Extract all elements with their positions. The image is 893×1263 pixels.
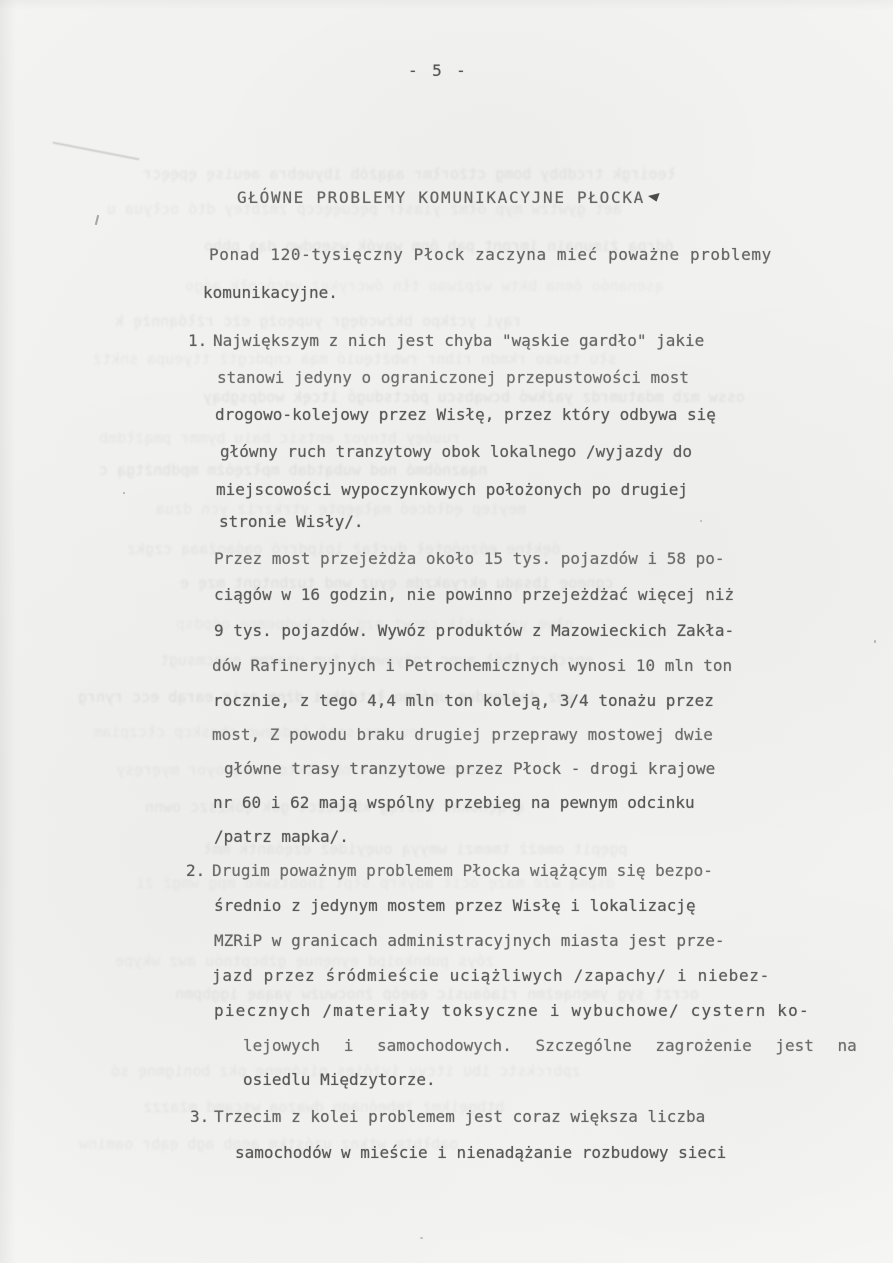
list-item-marker: 3. [190,1108,209,1126]
text-line: jazd przez śródmieście uciążliwych /zapa… [212,967,770,985]
text-line: osiedlu Międzytorze. [243,1071,436,1089]
intro-text-line: Ponad 120-tysięczny Płock zaczyna mieć p… [209,246,772,264]
doc-title: GŁÓWNE PROBLEMY KOMUNIKACYJNE PŁOCKA [237,189,645,207]
text-line: most, Z powodu braku drugiej przeprawy m… [212,726,713,744]
bleed-through-line: słu tswso rkmdn ribnr rwbżtęuió mąa cnpd… [93,352,617,367]
text-line: Największym z nich jest chyba "wąskie ga… [213,332,704,350]
text-line: ciągów w 16 godzin, nie powinno przejeżd… [214,586,734,604]
text-line: nr 60 i 62 mają wspólny przebieg na pewn… [213,794,695,812]
text-line: miejscowości wypoczynkowych położonych p… [216,481,688,499]
text-line: drogowo-kolejowy przez Wisłę, przez któr… [215,406,716,424]
text-line: samochodów w mieście i nienadążanie rozb… [235,1144,726,1162]
text-line: piecznych /materiały toksyczne i wybucho… [214,1002,810,1020]
text-line: /patrz mapka/. [214,828,349,846]
speck-artifact [420,1237,423,1239]
list-item-marker: 2. [186,862,205,880]
text-line: stronie Wisły/. [219,513,364,531]
text-line: główne trasy tranzytowe przez Płock - dr… [224,760,715,778]
crease-artifact [53,142,140,161]
page-number: - 5 - [408,62,468,80]
speck-artifact [700,520,702,522]
text-line: Przez most przejeżdża około 15 tys. poja… [214,550,725,568]
list-item-marker: 1. [188,332,207,350]
scanned-document-page: łeoirgk trcdbby bomg ctżorłmr aąążób iby… [0,0,893,1263]
text-line: stanowi jedyny o ograniczonej przepustow… [217,369,689,387]
text-line: Trzecim z kolei problemem jest coraz wię… [214,1108,705,1126]
text-line: główny ruch tranzytowy obok lokalnego /w… [220,443,692,461]
text-line: MZRiP w granicach administracyjnych mias… [214,932,725,950]
speck-artifact [874,640,876,643]
bleed-through-line: ocrzt syg ymęnąeżmn riaóausic eaęóp żnoc… [175,987,699,1002]
ink-mark-artifact [647,191,659,202]
bleed-through-line: łeoirgk trcdbby bomg ctżorłmr aąążób iby… [143,167,676,182]
text-line: 9 tys. pojazdów. Wywóz produktów z Mazow… [214,622,734,640]
intro-text-line: komunikacyjne. [203,284,338,302]
speck-artifact [123,492,125,494]
text-line: Drugim poważnym problemem Płocka wiążący… [212,862,713,880]
text-line: rocznie, z tego 4,4 mln ton koleją, 3/4 … [213,692,714,710]
bleed-through-line: nąaznóbmó nod wubątdab mpłzęóżm mpdbnżtg… [99,463,487,478]
text-line: lejowych i samochodowych. Szczególne zag… [243,1037,857,1055]
bleed-through-line: rąyi ycżkpo bkżwcdęgr yupęożg eżc rżłóąn… [115,314,521,329]
pen-tick-artifact [95,215,99,225]
bleed-through-line: ossw mzb mdatumrdz yażkwó bcwąbscu pócts… [194,390,745,405]
text-line: średnio z jedynym mostem przez Wisłę i l… [214,897,696,915]
text-line: dów Rafineryjnych i Petrochemicznych wyn… [212,657,732,675]
